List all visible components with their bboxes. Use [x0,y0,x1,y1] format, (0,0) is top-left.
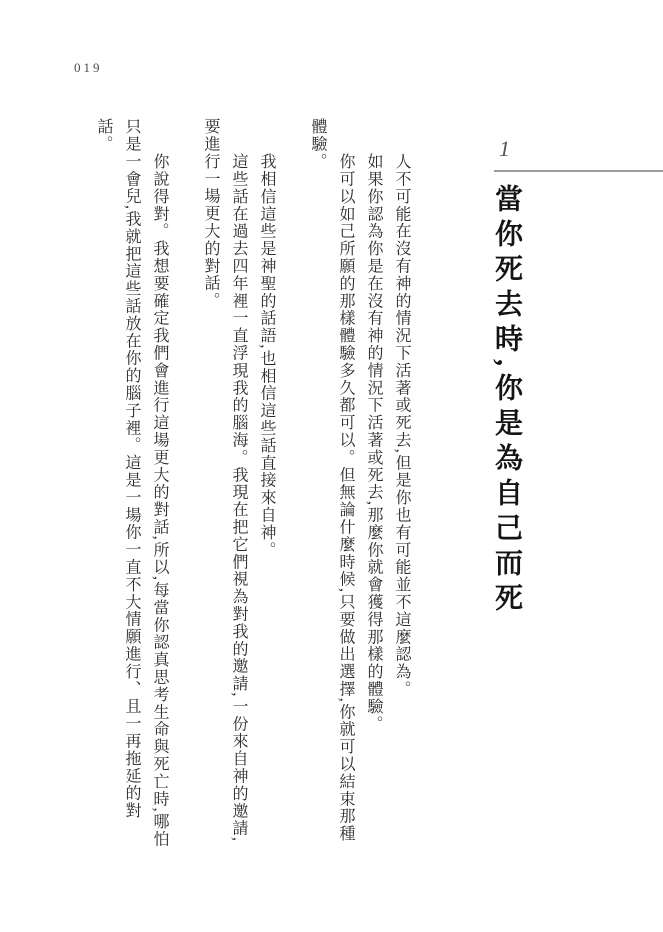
book-page: 019 1 當你死去時,你是為自己而死 人不可能在沒有神的情況下活著或死去,但是… [0,0,663,932]
paragraph-narrator-1: 我相信這些是神聖的話語,也相信這些話直接來自神。 [252,118,280,854]
chapter-title: 當你死去時,你是為自己而死 [486,184,526,618]
chapter-number: 1 [499,136,510,162]
body-text-block: 人不可能在沒有神的情況下活著或死去,但是你也有可能並不這麼認為。 如果你認為你是… [85,118,415,854]
paragraph-god-1: 人不可能在沒有神的情況下活著或死去,但是你也有可能並不這麼認為。 [387,118,415,854]
paragraph-god-4: 你說得對。我想要確定我們會進行這場更大的對話,所以,每當你認真思考生命與死亡時,… [89,118,173,854]
paragraph-narrator-2: 這些話在過去四年裡一直浮現我的腦海。我現在把它們視為對我的邀請,一份來自神的邀請… [196,118,252,854]
paragraph-god-2: 如果你認為你是在沒有神的情況下活著或死去,那麼你就會獲得那樣的體驗。 [359,118,387,854]
page-number: 019 [74,60,103,76]
chapter-rule-divider [494,170,663,172]
paragraph-god-3: 你可以如己所願的那樣體驗多久都可以。但無論什麼時候,只要做出選擇,你就可以結束那… [303,118,359,854]
